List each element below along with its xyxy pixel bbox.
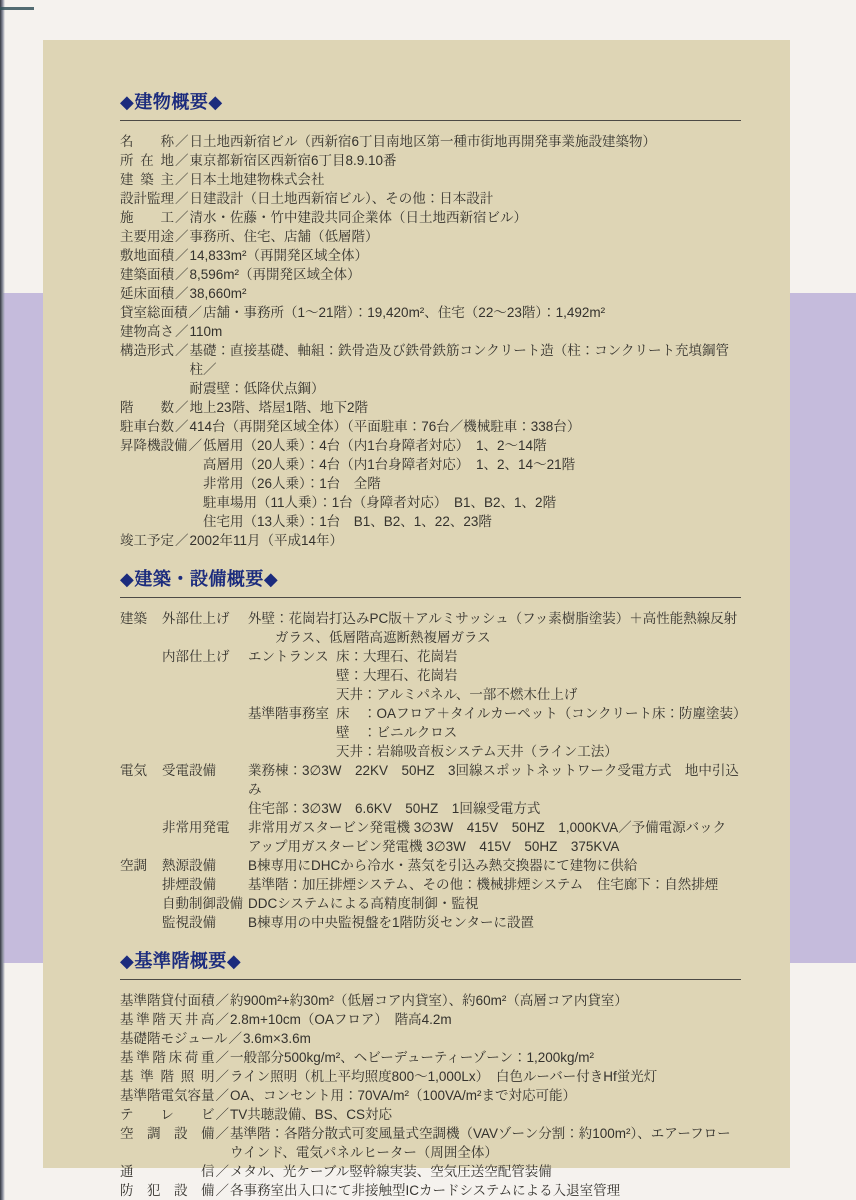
spec-row-module: 基礎階モジュール／ 3.6m×3.6m [120,1029,741,1048]
section-standard-floor-overview: ◆基準階概要◆ 基準階貸付面積／ 約900m²+約30m²（低層コア内貸室）、約… [120,949,741,1200]
spec-value-line: 低層用（20人乗）：4台（内1台身障者対応） 1、2～14階 [203,436,741,455]
spec-label: 基準階照明 [120,1067,215,1086]
equipment-value-line: 床：大理石、花崗岩 [336,647,741,666]
spec-label: 基準階天井高 [120,1010,215,1029]
spec-value-line: 基礎：直接基礎、軸組：鉄骨造及び鉄骨鉄筋コンクリート造（柱：コンクリート充填鋼管… [190,341,742,379]
slash-separator: ／ [215,1086,231,1105]
spec-label: 貸室総面積 [120,303,188,322]
spec-value-line: 基準階：各階分散式可変風量式空調機（VAVゾーン分割：約100m²）、エアーフロ… [230,1124,741,1143]
spec-row-completion: 竣工予定／ 2002年11月（平成14年） [120,531,741,550]
equipment-value-line: ガラス、低層階高遮断熱複層ガラス [248,628,741,647]
spec-value: 日土地西新宿ビル（西新宿6丁目南地区第一種市街地再開発事業施設建築物） [190,132,742,151]
spec-value-line: 耐震壁：低降伏点鋼） [190,379,742,398]
spec-value: 8,596m²（再開発区域全体） [190,265,742,284]
equipment-value: 基準階：加圧排煙システム、その他：機械排煙システム 住宅廊下：自然排煙 [248,875,741,894]
spec-label: テレビ [120,1105,215,1124]
spec-label: 設計監理 [120,189,174,208]
equipment-value: 非常用ガスタービン発電機 3∅3W 415V 50HZ 1,000KVA／予備電… [248,818,741,856]
slash-separator: ／ [174,246,190,265]
equipment-value-line: 床 ：OAフロア＋タイルカーペット（コンクリート床：防塵塗装） [336,704,741,723]
slash-separator: ／ [174,208,190,227]
equipment-row-heat-source: 空調 熱源設備 B棟専用にDHCから冷水・蒸気を引込み熱交換器にて建物に供給 [120,856,741,875]
equipment-subcategory: 自動制御設備 [162,894,248,913]
spec-row-site-area: 敷地面積／ 14,833m²（再開発区域全体） [120,246,741,265]
equipment-value-line: 天井：アルミパネル、一部不燃木仕上げ [336,685,741,704]
spec-label: 建物高さ [120,322,174,341]
equipment-row-interior-entrance: 内部仕上げ エントランス 床：大理石、花崗岩 壁：大理石、花崗岩 天井：アルミパ… [120,647,741,704]
spec-label: 階数 [120,398,174,417]
slash-separator: ／ [215,1105,231,1124]
spec-label: 施工 [120,208,174,227]
spec-row-air-conditioning: 空調設備／ 基準階：各階分散式可変風量式空調機（VAVゾーン分割：約100m²）… [120,1124,741,1162]
spec-value: 約900m²+約30m²（低層コア内貸室）、約60m²（高層コア内貸室） [230,991,741,1010]
spec-value-line: 駐車場用（11人乗）：1台（身障者対応） B1、B2、1、2階 [203,493,741,512]
spec-value: 2.8m+10cm（OAフロア） 階高4.2m [230,1010,741,1029]
slash-separator: ／ [174,284,190,303]
equipment-subcategory: 排煙設備 [162,875,248,894]
slash-separator: ／ [174,189,190,208]
scanned-brochure-page: ◆建物概要◆ 名称／ 日土地西新宿ビル（西新宿6丁目南地区第一種市街地再開発事業… [0,0,856,1200]
spec-value-line: 住宅用（13人乗）：1台 B1、B2、1、22、23階 [203,512,741,531]
spec-label: 昇降機設備 [120,436,188,455]
scan-artifact-line [0,7,34,10]
spec-label: 建築主 [120,170,174,189]
equipment-value-line: 住宅部：3∅3W 6.6KV 50HZ 1回線受電方式 [248,799,741,818]
slash-separator: ／ [174,398,190,417]
slash-separator: ／ [188,436,204,455]
spec-sheet-card: ◆建物概要◆ 名称／ 日土地西新宿ビル（西新宿6丁目南地区第一種市街地再開発事業… [43,40,790,1168]
spec-value: 414台（再開発区域全体）（平面駐車：76台／機械駐車：338台） [190,417,742,436]
spec-row-building-area: 建築面積／ 8,596m²（再開発区域全体） [120,265,741,284]
spec-row-electric-capacity: 基準階電気容量／ OA、コンセント用：70VA/m²（100VA/m²まで対応可… [120,1086,741,1105]
spec-row-rentable-area: 貸室総面積／ 店舗・事務所（1～21階）：19,420m²、住宅（22～23階）… [120,303,741,322]
spec-value: 清水・佐藤・竹中建設共同企業体（日土地西新宿ビル） [190,208,742,227]
equipment-subcategory: 監視設備 [162,913,248,932]
equipment-subcategory: 非常用発電 [162,818,248,837]
spec-value: 110m [190,322,742,341]
equipment-row-smoke-exhaust: 排煙設備 基準階：加圧排煙システム、その他：機械排煙システム 住宅廊下：自然排煙 [120,875,741,894]
spec-row-lighting: 基準階照明／ ライン照明（机上平均照度800～1,000Lx） 白色ルーバー付き… [120,1067,741,1086]
spec-row-parking: 駐車台数／ 414台（再開発区域全体）（平面駐車：76台／機械駐車：338台） [120,417,741,436]
spec-value: 東京都新宿区西新宿6丁目8.9.10番 [190,151,742,170]
equipment-row-emergency-power: 非常用発電 非常用ガスタービン発電機 3∅3W 415V 50HZ 1,000K… [120,818,741,856]
spec-label: 建築面積 [120,265,174,284]
equipment-subcategory: 内部仕上げ [162,647,248,666]
equipment-value: B棟専用の中央監視盤を1階防災センターに設置 [248,913,741,932]
spec-row-main-use: 主要用途／ 事務所、住宅、店舗（低層階） [120,227,741,246]
equipment-value-line: 壁：大理石、花崗岩 [336,666,741,685]
spec-value: 日建設計（日土地西新宿ビル）、その他：日本設計 [190,189,742,208]
spec-value: 38,660m² [190,284,742,303]
spec-row-design-supervision: 設計監理／ 日建設計（日土地西新宿ビル）、その他：日本設計 [120,189,741,208]
slash-separator: ／ [174,151,190,170]
equipment-area-label: 基準階事務室 [248,704,336,723]
spec-label: 所在地 [120,151,174,170]
spec-row-ceiling-height: 基準階天井高／ 2.8m+10cm（OAフロア） 階高4.2m [120,1010,741,1029]
slash-separator: ／ [174,265,190,284]
spec-label: 基準階電気容量 [120,1086,215,1105]
spec-label: 主要用途 [120,227,174,246]
equipment-value-line: アップ用ガスタービン発電機 3∅3W 415V 50HZ 375KVA [248,837,741,856]
equipment-value: B棟専用にDHCから冷水・蒸気を引込み熱交換器にて建物に供給 [248,856,741,875]
section-title-building-overview: ◆建物概要◆ [120,90,741,114]
slash-separator: ／ [215,1067,231,1086]
slash-separator: ／ [215,1048,231,1067]
spec-label: 基準階床荷重 [120,1048,215,1067]
equipment-category: 空調 [120,856,162,875]
spec-value: 日本土地建物株式会社 [190,170,742,189]
slash-separator: ／ [215,1181,231,1200]
spec-value: 基準階：各階分散式可変風量式空調機（VAVゾーン分割：約100m²）、エアーフロ… [230,1124,741,1162]
equipment-row-automatic-control: 自動制御設備 DDCシステムによる高精度制御・監視 [120,894,741,913]
section-building-overview: ◆建物概要◆ 名称／ 日土地西新宿ビル（西新宿6丁目南地区第一種市街地再開発事業… [120,90,741,550]
spec-label: 基準階貸付面積 [120,991,215,1010]
spec-value: 2002年11月（平成14年） [190,531,742,550]
spec-value: 基礎：直接基礎、軸組：鉄骨造及び鉄骨鉄筋コンクリート造（柱：コンクリート充填鋼管… [190,341,742,398]
section-rule [120,979,741,980]
equipment-value-line: 外壁：花崗岩打込みPC版＋アルミサッシュ（フッ素樹脂塗装）＋高性能熱線反射 [248,609,741,628]
spec-row-building-height: 建物高さ／ 110m [120,322,741,341]
equipment-subcategory: 熱源設備 [162,856,248,875]
spec-value: 低層用（20人乗）：4台（内1台身障者対応） 1、2～14階 高層用（20人乗）… [203,436,741,531]
spec-label: 基礎階モジュール [120,1029,227,1048]
spec-value: OA、コンセント用：70VA/m²（100VA/m²まで対応可能） [230,1086,741,1105]
spec-row-floor-load: 基準階床荷重／ 一般部分500kg/m²、ヘビーデューティーゾーン：1,200k… [120,1048,741,1067]
equipment-value-line: 壁 ：ビニルクロス [336,723,741,742]
spec-value: ライン照明（机上平均照度800～1,000Lx） 白色ルーバー付きHf蛍光灯 [230,1067,741,1086]
slash-separator: ／ [174,322,190,341]
slash-separator: ／ [215,1124,231,1143]
spec-value: メタル、光ケーブル竪幹線実装、空気圧送空配管装備 [230,1162,741,1181]
spec-label: 通信 [120,1162,215,1181]
slash-separator: ／ [174,227,190,246]
equipment-value-line: 非常用ガスタービン発電機 3∅3W 415V 50HZ 1,000KVA／予備電… [248,818,741,837]
slash-separator: ／ [215,991,231,1010]
equipment-value-line: 天井：岩綿吸音板システム天井（ライン工法） [336,742,741,761]
spec-label: 構造形式 [120,341,174,360]
section-rule [120,597,741,598]
spec-row-elevators: 昇降機設備／ 低層用（20人乗）：4台（内1台身障者対応） 1、2～14階 高層… [120,436,741,531]
spec-value: 各事務室出入口にて非接触型ICカードシステムによる入退室管理 [230,1181,741,1200]
equipment-value: 床：大理石、花崗岩 壁：大理石、花崗岩 天井：アルミパネル、一部不燃木仕上げ [336,647,741,704]
spec-row-floors: 階数／ 地上23階、塔屋1階、地下2階 [120,398,741,417]
spec-row-total-floor-area: 延床面積／ 38,660m² [120,284,741,303]
spec-row-construction: 施工／ 清水・佐藤・竹中建設共同企業体（日土地西新宿ビル） [120,208,741,227]
section-equipment-overview: ◆建築・設備概要◆ 建築 外部仕上げ 外壁：花崗岩打込みPC版＋アルミサッシュ（… [120,567,741,932]
section-title-standard-floor-overview: ◆基準階概要◆ [120,949,741,973]
equipment-row-exterior-finish: 建築 外部仕上げ 外壁：花崗岩打込みPC版＋アルミサッシュ（フッ素樹脂塗装）＋高… [120,609,741,647]
slash-separator: ／ [174,170,190,189]
equipment-subcategory: 受電設備 [162,761,248,780]
spec-label: 敷地面積 [120,246,174,265]
spec-row-communications: 通信／ メタル、光ケーブル竪幹線実装、空気圧送空配管装備 [120,1162,741,1181]
slash-separator: ／ [215,1010,231,1029]
spec-row-owner: 建築主／ 日本土地建物株式会社 [120,170,741,189]
equipment-value: 外壁：花崗岩打込みPC版＋アルミサッシュ（フッ素樹脂塗装）＋高性能熱線反射 ガラ… [248,609,741,647]
spec-value: 店舗・事務所（1～21階）：19,420m²、住宅（22～23階）：1,492m… [203,303,741,322]
equipment-value-line: 業務棟：3∅3W 22KV 50HZ 3回線スポットネットワーク受電方式 地中引… [248,761,741,799]
spec-label: 防犯設備 [120,1181,215,1200]
section-rule [120,120,741,121]
equipment-category: 建築 [120,609,162,628]
spec-label: 空調設備 [120,1124,215,1143]
slash-separator: ／ [227,1029,243,1048]
spec-value: 14,833m²（再開発区域全体） [190,246,742,265]
spec-row-television: テレビ／ TV共聴設備、BS、CS対応 [120,1105,741,1124]
page-spine-edge [0,0,5,1200]
equipment-value: 業務棟：3∅3W 22KV 50HZ 3回線スポットネットワーク受電方式 地中引… [248,761,741,818]
slash-separator: ／ [174,531,190,550]
equipment-value: DDCシステムによる高精度制御・監視 [248,894,741,913]
slash-separator: ／ [215,1162,231,1181]
slash-separator: ／ [188,303,204,322]
equipment-row-monitoring: 監視設備 B棟専用の中央監視盤を1階防災センターに設置 [120,913,741,932]
equipment-value: 床 ：OAフロア＋タイルカーペット（コンクリート床：防塵塗装） 壁 ：ビニルクロ… [336,704,741,761]
spec-value-line: 非常用（26人乗）：1台 全階 [203,474,741,493]
spec-value-line: ウインド、電気パネルヒーター（周囲全体） [230,1143,741,1162]
spec-value: TV共聴設備、BS、CS対応 [230,1105,741,1124]
spec-value: 一般部分500kg/m²、ヘビーデューティーゾーン：1,200kg/m² [230,1048,741,1067]
equipment-subcategory: 外部仕上げ [162,609,248,628]
equipment-row-interior-office: 基準階事務室 床 ：OAフロア＋タイルカーペット（コンクリート床：防塵塗装） 壁… [120,704,741,761]
equipment-row-power-receiving: 電気 受電設備 業務棟：3∅3W 22KV 50HZ 3回線スポットネットワーク… [120,761,741,818]
spec-label: 駐車台数 [120,417,174,436]
spec-row-location: 所在地／ 東京都新宿区西新宿6丁目8.9.10番 [120,151,741,170]
spec-label: 延床面積 [120,284,174,303]
spec-value: 3.6m×3.6m [243,1029,741,1048]
slash-separator: ／ [174,132,190,151]
equipment-category: 電気 [120,761,162,780]
slash-separator: ／ [174,417,190,436]
spec-value: 事務所、住宅、店舗（低層階） [190,227,742,246]
spec-row-name: 名称／ 日土地西新宿ビル（西新宿6丁目南地区第一種市街地再開発事業施設建築物） [120,132,741,151]
spec-row-structure: 構造形式／ 基礎：直接基礎、軸組：鉄骨造及び鉄骨鉄筋コンクリート造（柱：コンクリ… [120,341,741,398]
spec-label: 竣工予定 [120,531,174,550]
equipment-area-label: エントランス [248,647,336,666]
slash-separator: ／ [174,341,190,360]
spec-value: 地上23階、塔屋1階、地下2階 [190,398,742,417]
spec-row-security: 防犯設備／ 各事務室出入口にて非接触型ICカードシステムによる入退室管理 [120,1181,741,1200]
spec-label: 名称 [120,132,174,151]
section-title-equipment-overview: ◆建築・設備概要◆ [120,567,741,591]
spec-row-rentable-floor-area: 基準階貸付面積／ 約900m²+約30m²（低層コア内貸室）、約60m²（高層コ… [120,991,741,1010]
spec-value-line: 高層用（20人乗）：4台（内1台身障者対応） 1、2、14～21階 [203,455,741,474]
